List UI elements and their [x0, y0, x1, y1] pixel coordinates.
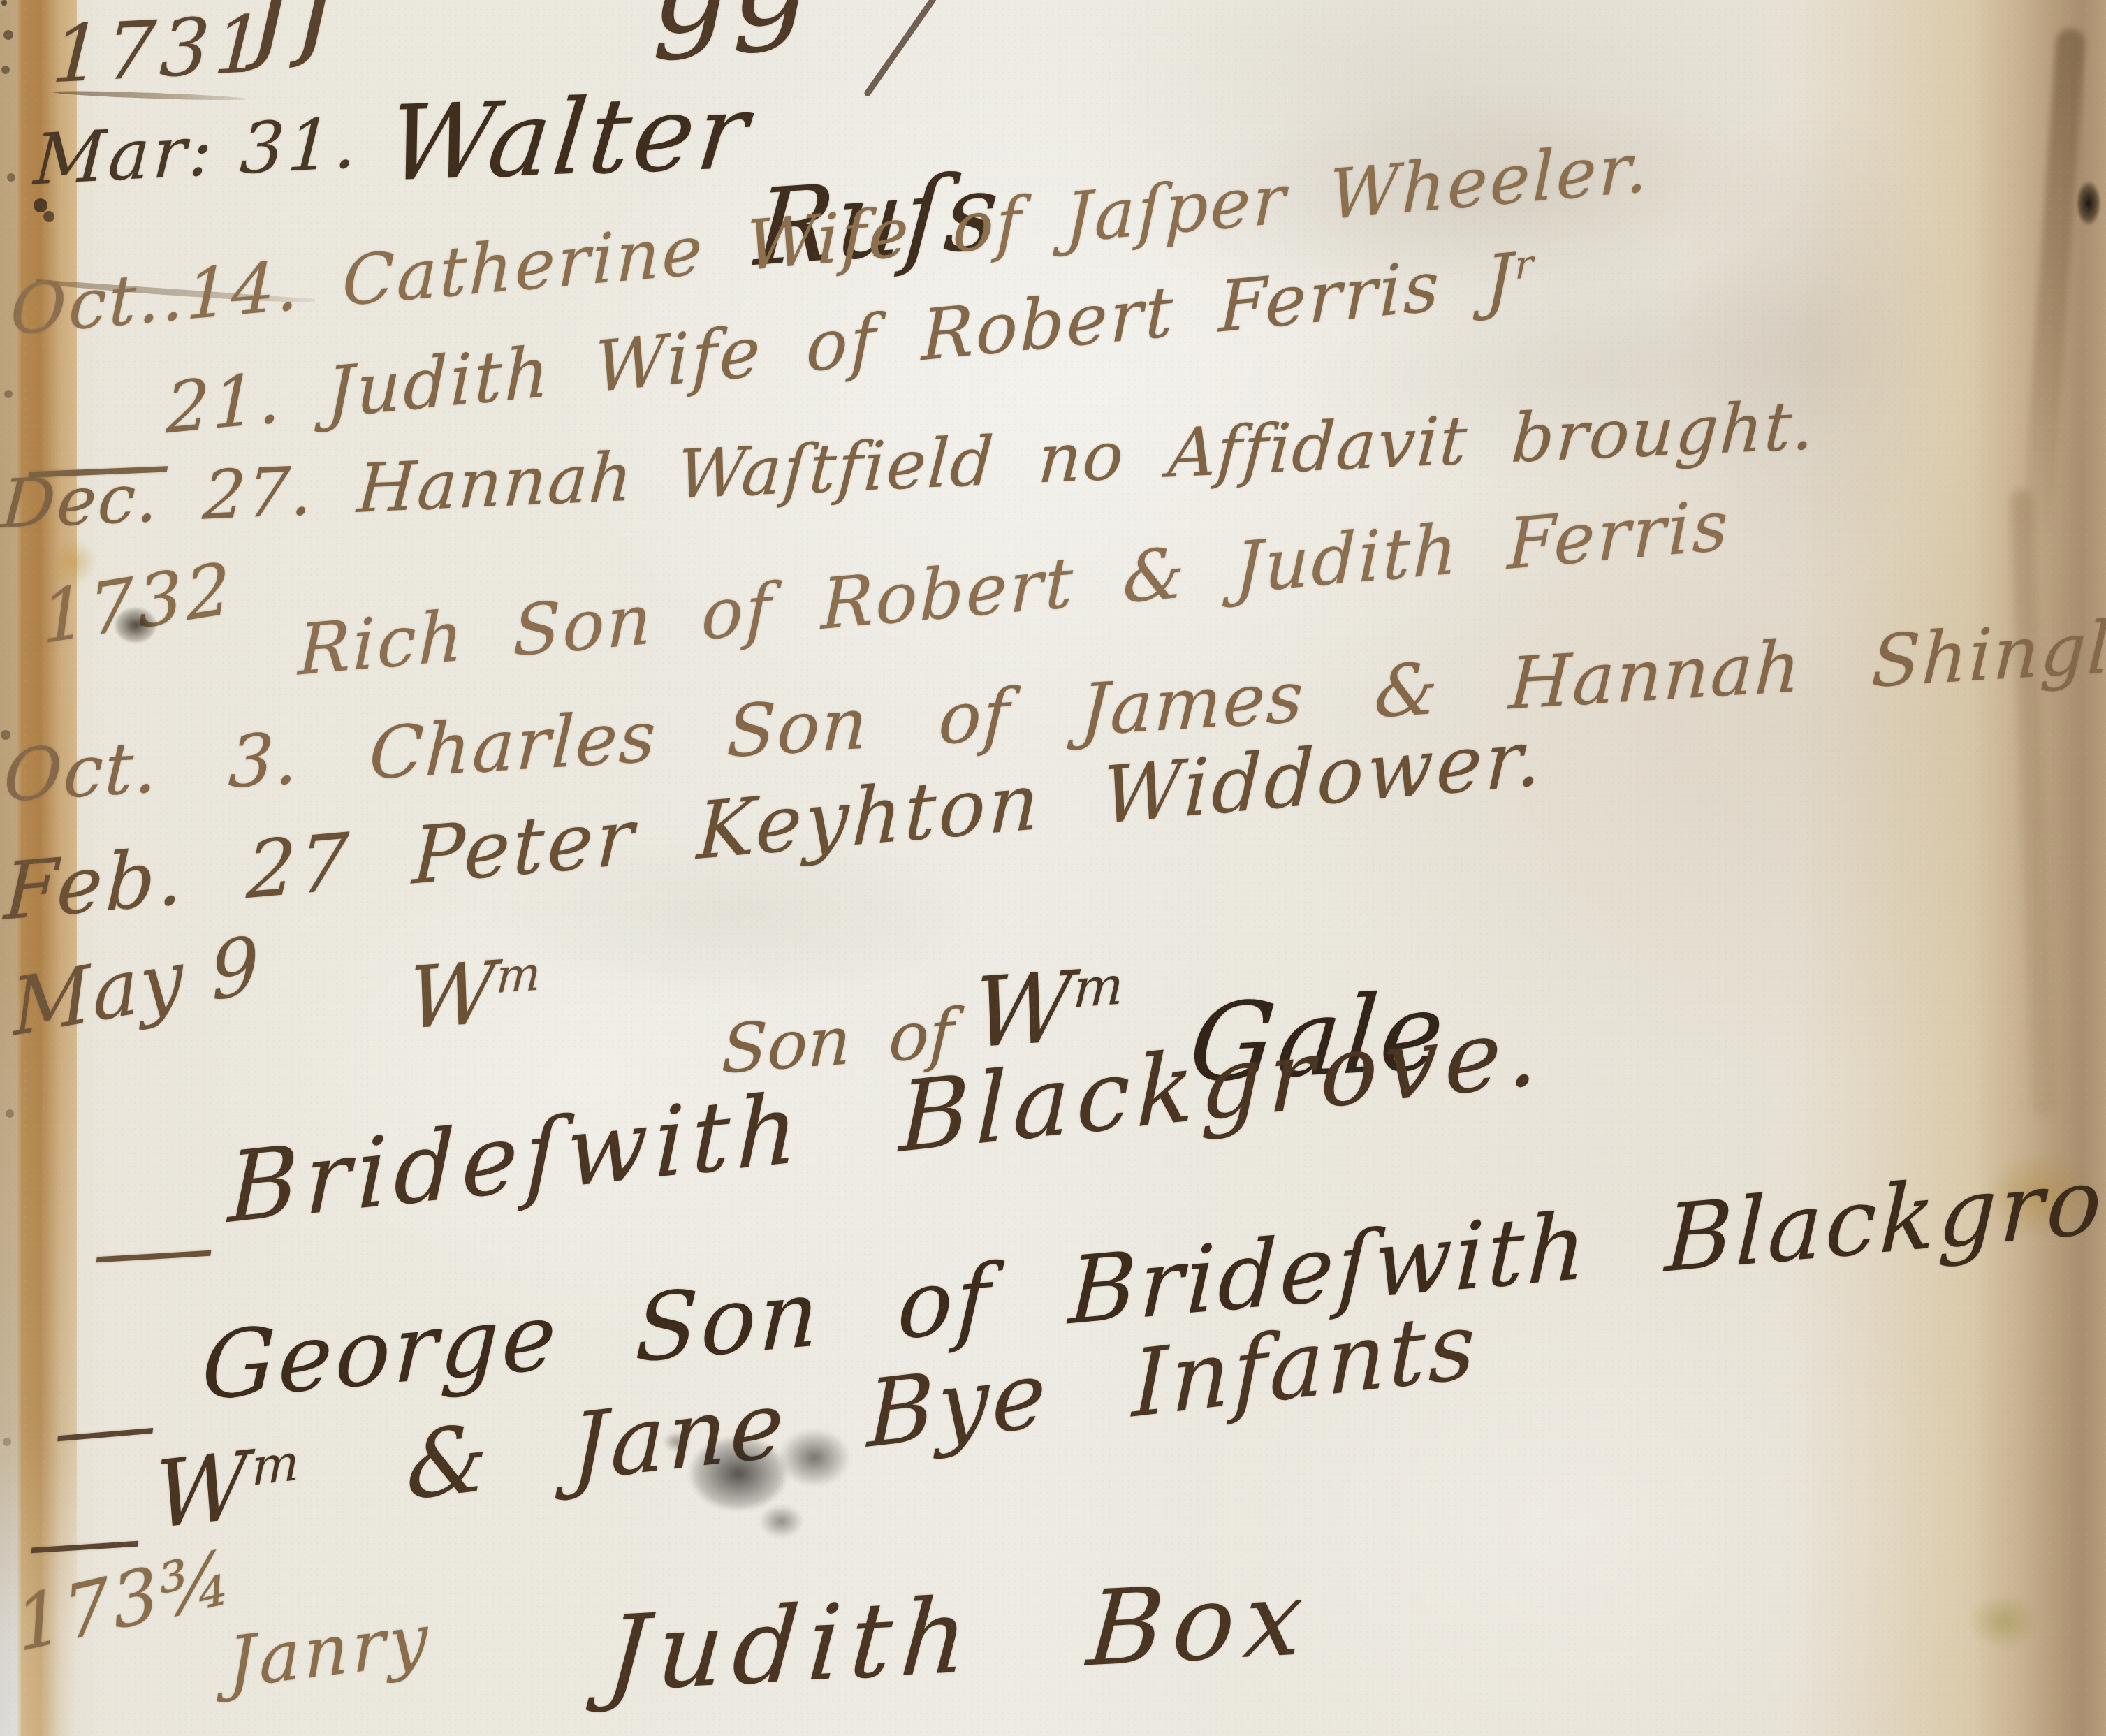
entry-date-mar-31: Mar: 31. [32, 102, 362, 201]
entry-name-wm-abbrev: Wm [406, 940, 543, 1049]
cut-off-writing-fragment: gg [651, 0, 814, 64]
ink-blot [648, 1413, 886, 1545]
left-edge-ink-specks [1, 0, 7, 6]
letter-w: W [406, 942, 499, 1049]
superscript-m: m [251, 1433, 302, 1498]
ink-blot [102, 595, 169, 655]
ditto-dash: — [84, 1199, 221, 1303]
register-page-scan: ſſ gg 1731 Mar: 31. Walter Ruſs Oct..14.… [0, 0, 2106, 1736]
ditto-dash: — [46, 1376, 163, 1481]
entry-month-janry: Janry [227, 1597, 432, 1704]
superscript-m: m [495, 946, 542, 1004]
right-edge-dark-spot [2076, 180, 2101, 226]
superscript-r: r [1514, 241, 1535, 288]
superscript-m: m [1072, 954, 1125, 1020]
cut-off-pen-stroke [863, 0, 937, 98]
year-heading-1731: 1731 [50, 0, 270, 101]
entry-name-walter: Walter [383, 71, 756, 205]
entry-judith-box: Judith Box [603, 1557, 1316, 1715]
letter-w: W [154, 1431, 252, 1550]
